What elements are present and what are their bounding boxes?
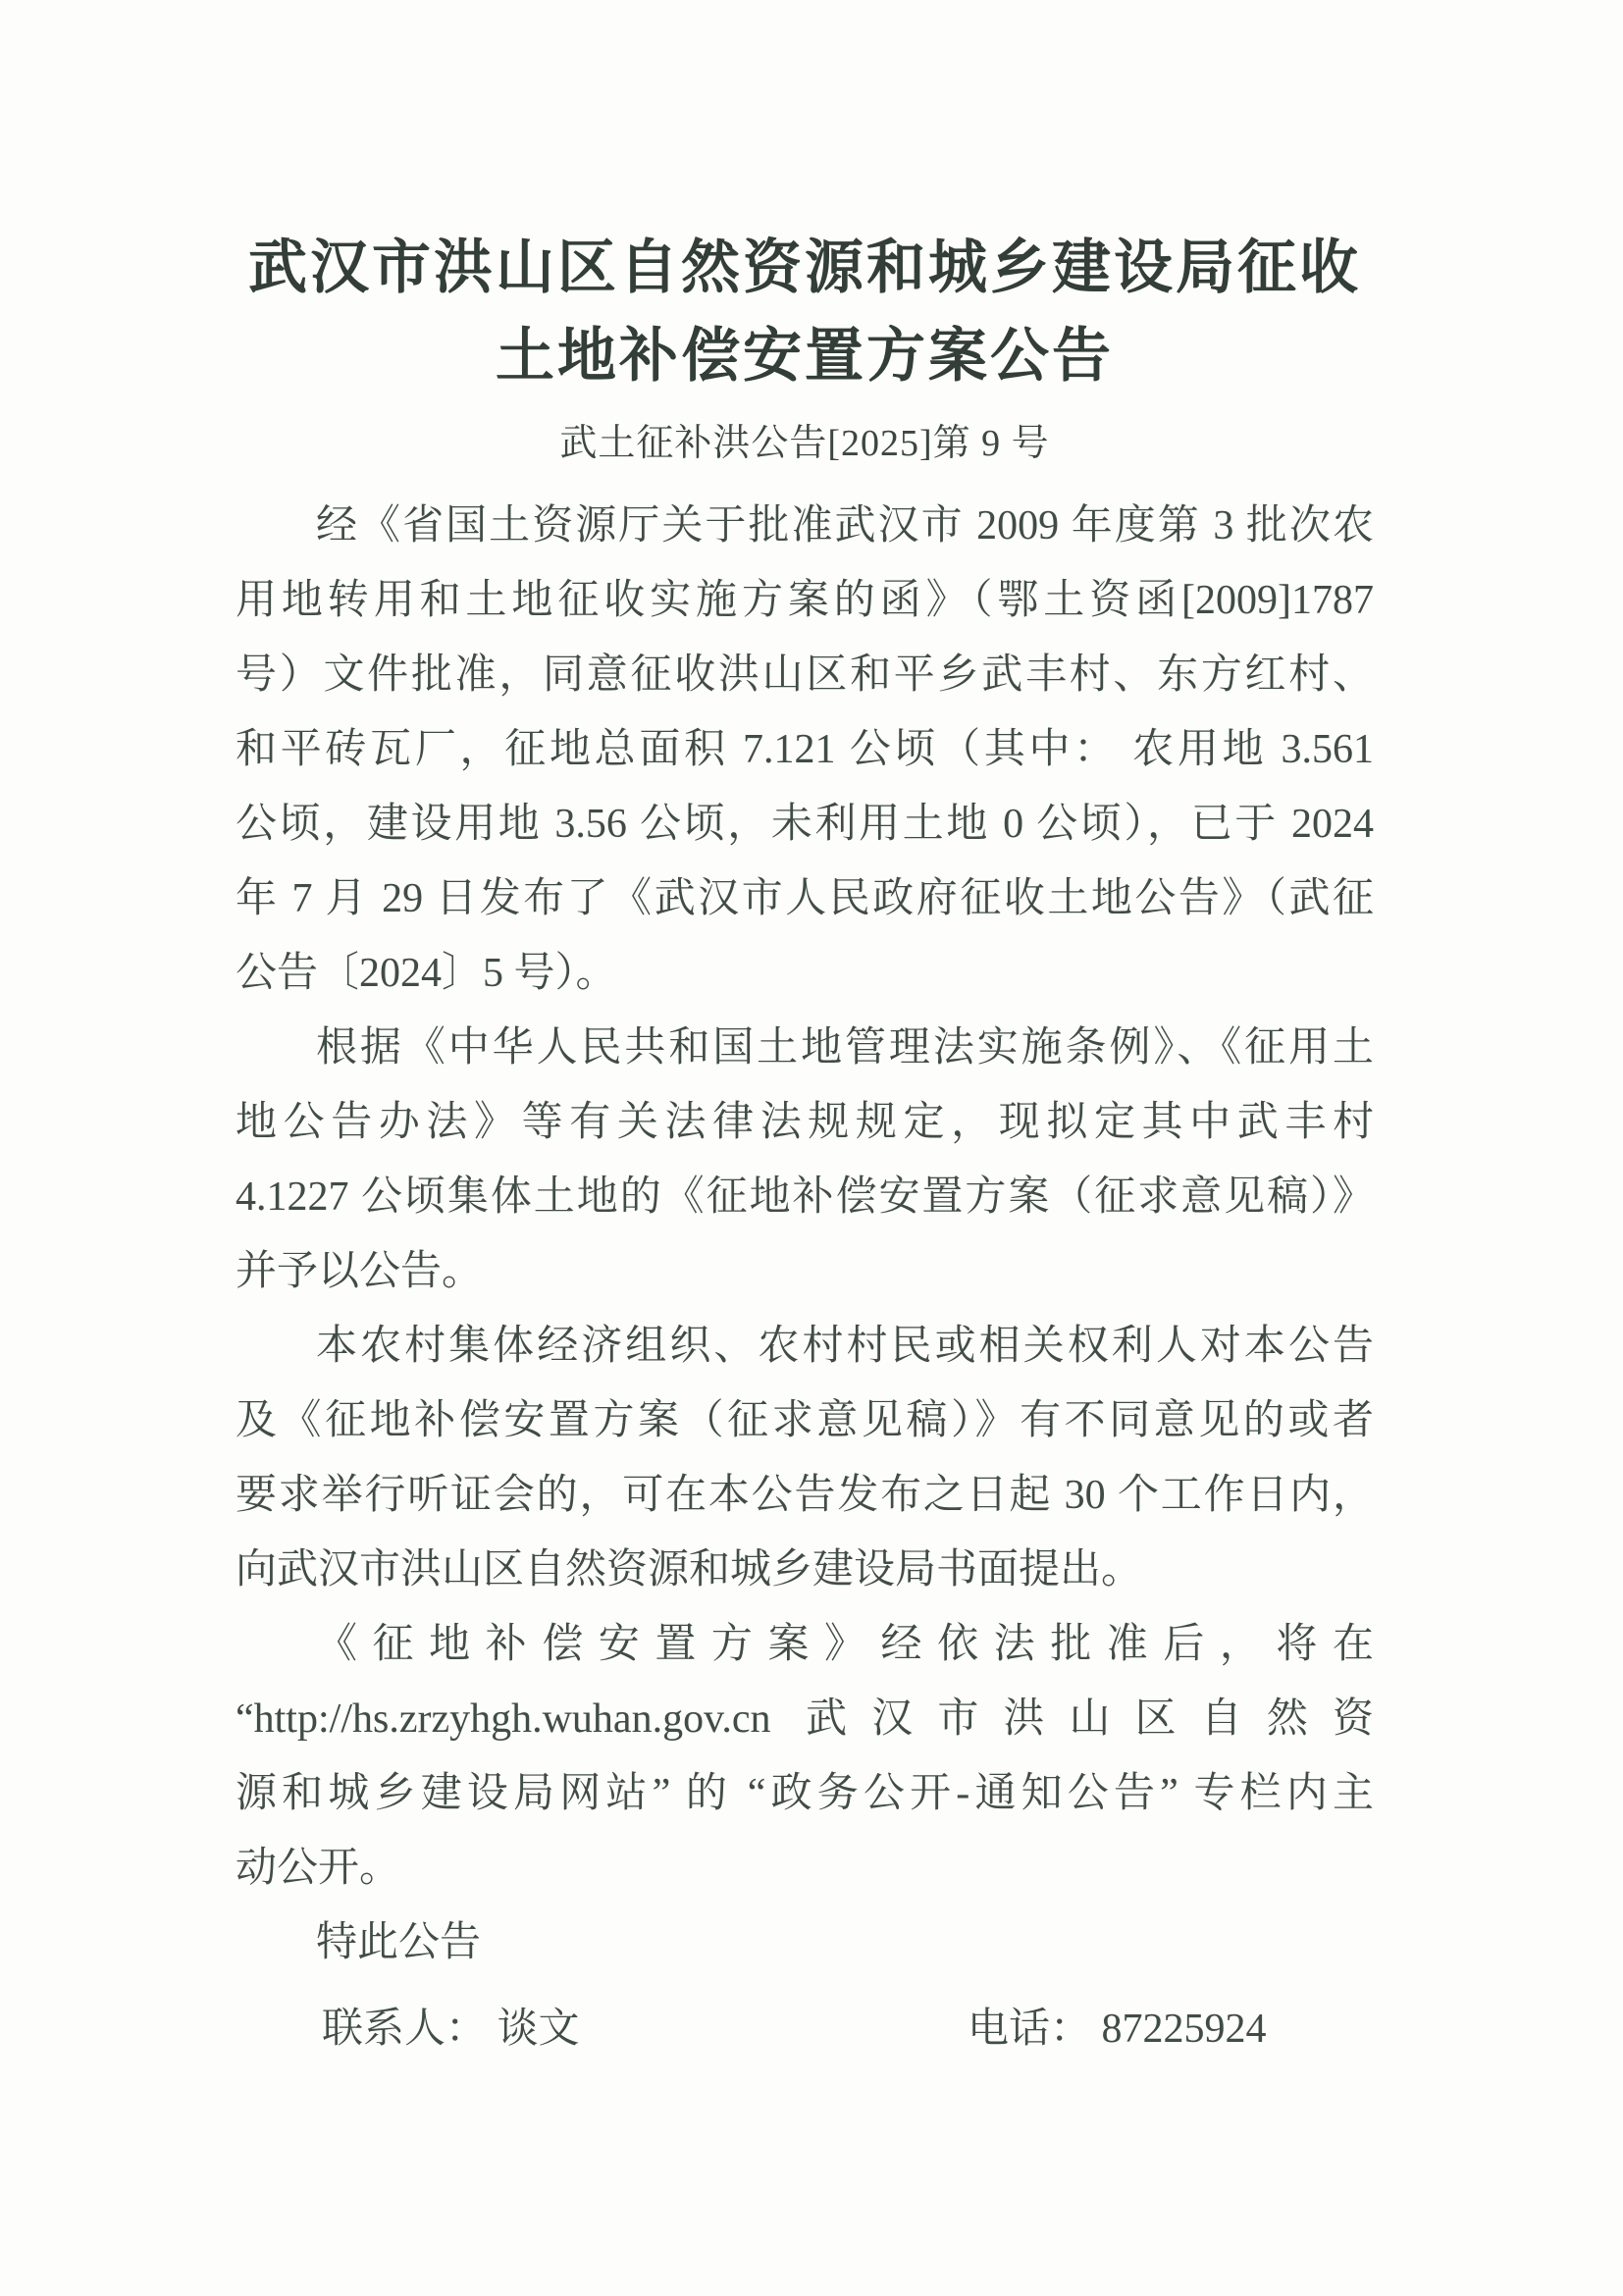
document-title: 武汉市洪山区自然资源和城乡建设局征收 土地补偿安置方案公告 — [236, 224, 1374, 400]
body-line: 经《省国土资源厅关于批准武汉市 2009 年度第 3 批次农 — [236, 489, 1374, 563]
contact-person: 联系人： 谈文 — [322, 1992, 968, 2066]
body-line: 向武汉市洪山区自然资源和城乡建设局书面提出。 — [236, 1533, 1374, 1607]
body-line: 年 7 月 29 日发布了《武汉市人民政府征收土地公告》（武征 — [236, 861, 1374, 936]
document-title-line-2: 土地补偿安置方案公告 — [236, 312, 1374, 400]
body-line: 公顷，建设用地 3.56 公顷，未利用土地 0 公顷），已于 2024 — [236, 787, 1374, 861]
body-line: 号）文件批准，同意征收洪山区和平乡武丰村、东方红村、 — [236, 638, 1374, 712]
body-line: 和平砖瓦厂，征地总面积 7.121 公顷（其中： 农用地 3.561 — [236, 712, 1374, 787]
body-line: 本农村集体经济组织、农村村民或相关权利人对本公告 — [236, 1309, 1374, 1383]
body-line: 要求举行听证会的，可在本公告发布之日起 30 个工作日内， — [236, 1458, 1374, 1533]
body-line: 用地转用和土地征收实施方案的函》（鄂土资函[2009]1787 — [236, 563, 1374, 638]
body-line: 及《征地补偿安置方案（征求意见稿）》有不同意见的或者 — [236, 1383, 1374, 1458]
document-body: 经《省国土资源厅关于批准武汉市 2009 年度第 3 批次农用地转用和土地征收实… — [236, 489, 1374, 1980]
body-line: 4.1227 公顷集体土地的《征地补偿安置方案（征求意见稿）》 — [236, 1160, 1374, 1234]
body-line: “http://hs.zrzyhgh.wuhan.gov.cn 武汉市洪山区自然… — [236, 1682, 1374, 1756]
body-line: 并予以公告。 — [236, 1234, 1374, 1309]
contact-phone: 电话： 87225924 — [968, 1992, 1267, 2066]
body-line: 根据《中华人民共和国土地管理法实施条例》、《征用土 — [236, 1011, 1374, 1085]
body-line: 《征地补偿安置方案》经依法批准后，将在 — [236, 1607, 1374, 1682]
body-line: 地公告办法》等有关法律法规规定，现拟定其中武丰村 — [236, 1085, 1374, 1160]
body-line: 动公开。 — [236, 1831, 1374, 1905]
contact-row: 联系人： 谈文 电话： 87225924 — [236, 1992, 1374, 2066]
body-line: 源和城乡建设局网站” 的 “政务公开-通知公告” 专栏内主 — [236, 1756, 1374, 1831]
document-content: 武汉市洪山区自然资源和城乡建设局征收 土地补偿安置方案公告 武土征补洪公告[20… — [236, 224, 1374, 2066]
document-number: 武土征补洪公告[2025]第 9 号 — [236, 420, 1374, 467]
document-page: 武汉市洪山区自然资源和城乡建设局征收 土地补偿安置方案公告 武土征补洪公告[20… — [0, 0, 1623, 2296]
body-line: 特此公告 — [236, 1905, 1374, 1980]
document-title-line-1: 武汉市洪山区自然资源和城乡建设局征收 — [236, 224, 1374, 312]
body-line: 公告〔2024〕5 号）。 — [236, 936, 1374, 1011]
